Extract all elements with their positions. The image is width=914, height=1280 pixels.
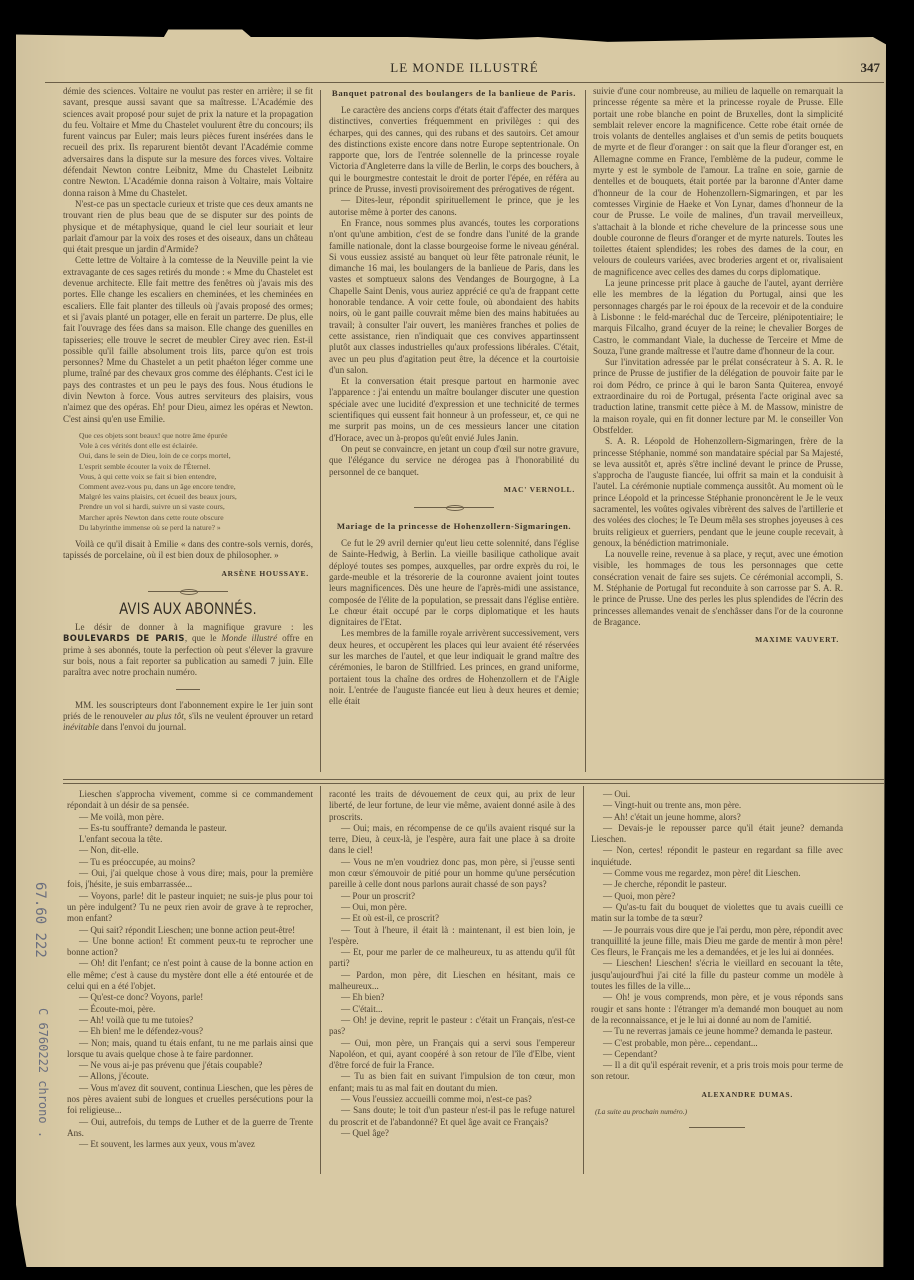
dialogue-line: — Et souvent, les larmes aux yeux, vous … (67, 1139, 313, 1150)
dialogue-line: — Je pourrais vous dire que je l'ai perd… (591, 925, 843, 959)
ornament-divider (148, 591, 228, 595)
poem-line: Marcher après Newton dans cette route ob… (79, 513, 313, 523)
continuation-note: (La suite au prochain numéro.) (595, 1106, 843, 1117)
poem-line: Malgré les vains plaisirs, cet écueil de… (79, 492, 313, 502)
publication-name: Monde illustré (221, 633, 277, 643)
page-number: 347 (861, 60, 881, 76)
dialogue-line: — Voyons, parle! dit le pasteur inquiet;… (67, 891, 313, 925)
author-signature: ARSÈNE HOUSSAYE. (63, 568, 309, 579)
column-rule (320, 90, 321, 772)
paragraph: démie des sciences. Voltaire ne voulut p… (63, 86, 313, 199)
ornament-divider (414, 507, 494, 511)
dialogue-line: — Ne vous ai-je pas prévenu que j'étais … (67, 1060, 313, 1071)
column-rule (583, 786, 584, 1174)
column-rule (320, 786, 321, 1174)
paragraph: Le caractère des anciens corps d'états é… (329, 105, 579, 195)
dialogue-line: — Non, certes! répondit le pasteur en re… (591, 845, 843, 868)
dialogue-line: — Comme vous me regardez, mon père! dit … (591, 868, 843, 879)
dialogue-line: — Lieschen! Lieschen! s'écria le vieilla… (591, 958, 843, 992)
text: Le désir de donner à la magnifique gravu… (75, 622, 313, 632)
dialogue-line: — Pardon, mon père, dit Lieschen en hési… (329, 970, 575, 993)
paragraph: Et la conversation était presque partout… (329, 376, 579, 444)
poem-line: L'esprit semble écouter la voix de l'Éte… (79, 462, 313, 472)
dialogue-line: — Tout à l'heure, il était là : maintena… (329, 925, 575, 948)
dialogue-line: L'enfant secoua la tête. (67, 834, 313, 845)
dialogue-line: — Non, dit-elle. (67, 845, 313, 856)
text: , que le (185, 633, 217, 643)
dialogue-line: — Allons, j'écoute. (67, 1071, 313, 1082)
paragraph: Les membres de la famille royale arrivèr… (329, 628, 579, 707)
dialogue-line: — Ah! c'était un jeune homme, alors? (591, 812, 843, 823)
dialogue-line: — Qui sait? répondit Lieschen; une bonne… (67, 925, 313, 936)
end-rule (689, 1127, 745, 1128)
poem-line: Vous, à qui cette voix se fait si bien e… (79, 472, 313, 482)
feuilleton-column-1: Lieschen s'approcha vivement, comme si c… (67, 789, 313, 1151)
handwritten-catalog-note: 67.60 222 (32, 882, 48, 958)
dialogue-line: — Oh! dit l'enfant; ce n'est point à cau… (67, 958, 313, 992)
dialogue-line: — Quel âge? (329, 1128, 575, 1139)
dialogue-line: — Ah! voilà que tu me tutoies? (67, 1015, 313, 1026)
dialogue-line: — Oh! je devine, reprit le pasteur : c'é… (329, 1015, 575, 1038)
dialogue-line: — Es-tu souffrante? demanda le pasteur. (67, 823, 313, 834)
dialogue-line: — Vingt-huit ou trente ans, mon père. (591, 800, 843, 811)
dialogue-line: — Me voilà, mon père. (67, 812, 313, 823)
paragraph: La nouvelle reine, revenue à sa place, y… (593, 549, 843, 628)
handwritten-archive-note: C 6760222 chrono . (36, 1008, 50, 1138)
feuilleton-separator (63, 779, 884, 784)
dialogue-line: — Et, pour me parler de ce malheureux, t… (329, 947, 575, 970)
author-signature: MAXIME VAUVERT. (593, 634, 839, 645)
author-signature: ALEXANDRE DUMAS. (591, 1089, 793, 1100)
dialogue-line: — C'était... (329, 1004, 575, 1015)
column-voltaire-article: démie des sciences. Voltaire ne voulut p… (63, 86, 313, 734)
column-banquet-and-wedding: Banquet patronal des boulangers de la ba… (329, 86, 579, 708)
dialogue-line: — Tu es préoccupée, au moins? (67, 857, 313, 868)
dialogue-line: Lieschen s'approcha vivement, comme si c… (67, 789, 313, 812)
paragraph: Cette lettre de Voltaire à la comtesse d… (63, 255, 313, 424)
paragraph: Voilà ce qu'il disait à Emilie « dans de… (63, 539, 313, 562)
paragraph: Sur l'invitation adressée par le prélat … (593, 357, 843, 436)
dialogue-line: — Qu'as-tu fait du bouquet de violettes … (591, 902, 843, 925)
dialogue-line: — Tu as bien fait en suivant l'impulsion… (329, 1071, 575, 1094)
dialogue-line: — Devais-je le repousser parce qu'il éta… (591, 823, 843, 846)
paragraph: — Dites-leur, répondit spirituellement l… (329, 195, 579, 218)
paragraph: En France, nous sommes plus avancés, tou… (329, 218, 579, 376)
author-signature: MAC' VERNOLL. (329, 484, 575, 495)
dialogue-line: — Eh bien? (329, 992, 575, 1003)
dialogue-line: — Vous l'eussiez accueilli comme moi, n'… (329, 1094, 575, 1105)
notice-paragraph: Le désir de donner à la magnifique gravu… (63, 622, 313, 678)
dialogue-line: — Une bonne action! Et comment peux-tu t… (67, 936, 313, 959)
article-title-banquet: Banquet patronal des boulangers de la ba… (329, 88, 579, 99)
dialogue-line: — Oh! je vous comprends, mon père, et je… (591, 992, 843, 1026)
poem-line: Du labyrinthe immense où se perd la natu… (79, 523, 313, 533)
paragraph: S. A. R. Léopold de Hohenzollern-Sigmari… (593, 436, 843, 549)
dialogue-line: — Vous ne m'en voudriez donc pas, mon pè… (329, 857, 575, 891)
poem-line: Prendre un vol si hardi, suivre un si va… (79, 502, 313, 512)
feuilleton-column-3: — Oui. — Vingt-huit ou trente ans, mon p… (591, 789, 843, 1138)
poem-line: Que ces objets sont beaux! que notre âme… (79, 431, 313, 441)
dialogue-line: — Écoute-moi, père. (67, 1004, 313, 1015)
dialogue-line: — Non; mais, quand tu étais enfant, tu n… (67, 1038, 313, 1061)
dialogue-line: — Oui; mais, en récompense de ce qu'ils … (329, 823, 575, 857)
emphasis: au plus tôt (145, 711, 184, 721)
dialogue-line: — Il a dit qu'il espérait revenir, et a … (591, 1060, 843, 1083)
short-divider (176, 689, 200, 690)
column-rule (585, 90, 586, 772)
dialogue-line: — C'est probable, mon père... cependant.… (591, 1038, 843, 1049)
dialogue-line: — Quoi, mon père? (591, 891, 843, 902)
dialogue-line: — Oui, mon père. (329, 902, 575, 913)
paragraph: N'est-ce pas un spectacle curieux et tri… (63, 199, 313, 255)
paragraph: suivie d'une cour nombreuse, au milieu d… (593, 86, 843, 278)
dialogue-line: — Vous m'avez dit souvent, continua Lies… (67, 1083, 313, 1117)
dialogue-line: — Oui, j'ai quelque chose à vous dire; m… (67, 868, 313, 891)
paragraph: On peut se convaincre, en jetant un coup… (329, 444, 579, 478)
dialogue-line: — Qu'est-ce donc? Voyons, parle! (67, 992, 313, 1003)
dialogue-line: — Et où est-il, ce proscrit? (329, 913, 575, 924)
paragraph: La jeune princesse prit place à gauche d… (593, 278, 843, 357)
masthead-title: LE MONDE ILLUSTRÉ (45, 60, 884, 76)
text: , s'ils ne veulent éprouver un retard (184, 711, 313, 721)
notice-paragraph: MM. les souscripteurs dont l'abonnement … (63, 700, 313, 734)
dialogue-line: — Cependant? (591, 1049, 843, 1060)
dialogue-line: — Sans doute; le toit d'un pasteur n'est… (329, 1105, 575, 1128)
page-header: LE MONDE ILLUSTRÉ 347 (45, 58, 884, 83)
notice-title: AVIS AUX ABONNÉS. (91, 603, 286, 614)
engraving-title: BOULEVARDS DE PARIS (63, 633, 185, 643)
paragraph: Ce fut le 29 avril dernier qu'eut lieu c… (329, 538, 579, 628)
poem-line: Oui, dans le sein de Dieu, loin de ce co… (79, 451, 313, 461)
feuilleton-column-2: raconté les traits de dévouement de ceux… (329, 789, 575, 1139)
dialogue-line: — Oui, autrefois, du temps de Luther et … (67, 1117, 313, 1140)
text: dans l'envoi du journal. (101, 722, 186, 732)
dialogue-line: — Tu ne reverras jamais ce jeune homme? … (591, 1026, 843, 1037)
column-wedding-continued: suivie d'une cour nombreuse, au milieu d… (593, 86, 843, 650)
dialogue-line: — Je cherche, répondit le pasteur. (591, 879, 843, 890)
dialogue-line: raconté les traits de dévouement de ceux… (329, 789, 575, 823)
poem-line: Comment avez-vous pu, dans un âge encore… (79, 482, 313, 492)
poem-line: Vole à ces vérités dont elle est éclairé… (79, 441, 313, 451)
emphasis: inévitable (63, 722, 99, 732)
dialogue-line: — Oui, mon père, un Français qui a servi… (329, 1038, 575, 1072)
article-title-wedding: Mariage de la princesse de Hohenzollern-… (329, 521, 579, 532)
poem-quote: Que ces objets sont beaux! que notre âme… (79, 431, 313, 533)
dialogue-line: — Pour un proscrit? (329, 891, 575, 902)
dialogue-line: — Eh bien! me le défendez-vous? (67, 1026, 313, 1037)
dialogue-line: — Oui. (591, 789, 843, 800)
